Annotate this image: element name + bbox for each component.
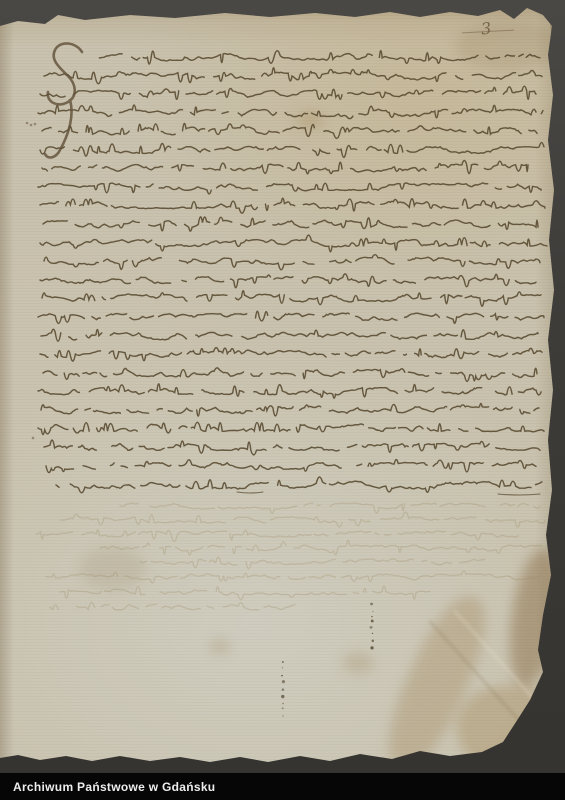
handwritten-text-line — [40, 198, 545, 213]
manuscript-scan: 3 Archiwum Państwowe w Gdańsku — [0, 0, 565, 800]
ink-dribble-dot — [282, 661, 284, 663]
margin-mark — [26, 122, 29, 125]
margin-mark — [30, 124, 33, 127]
margin-mark — [32, 437, 35, 440]
handwritten-text-line — [38, 105, 543, 119]
ink-dribble-dot — [371, 620, 374, 623]
ghost-text-line — [140, 557, 485, 569]
handwritten-text-line — [41, 329, 538, 341]
handwritten-text-line — [56, 477, 548, 493]
ink-dribble-dot — [282, 703, 283, 704]
dateline-underline — [498, 494, 540, 495]
dateline-underline — [237, 492, 263, 493]
archive-watermark-label: Archiwum Państwowe w Gdańsku — [0, 780, 215, 794]
ink-dribble-dot — [282, 688, 285, 691]
ink-dribble-dot — [281, 675, 283, 677]
handwritten-text-line — [40, 143, 544, 158]
ink-dribble-dot — [372, 633, 373, 634]
handwritten-text-line — [46, 460, 536, 473]
handwriting-layer — [0, 0, 565, 800]
ink-dribble-dot — [370, 603, 373, 606]
ghost-text-line — [50, 603, 302, 611]
handwritten-text-line — [44, 440, 540, 455]
ghost-text-line — [120, 503, 540, 513]
handwritten-text-line — [40, 348, 542, 361]
ink-dribble-dot — [282, 680, 285, 683]
handwritten-text-line — [43, 217, 538, 231]
handwritten-text-line — [42, 161, 528, 174]
ink-dribble-dot — [282, 667, 283, 668]
folio-number: 3 — [480, 18, 492, 38]
margin-mark — [34, 123, 37, 126]
manuscript-page: 3 — [0, 0, 565, 800]
handwritten-text-line — [41, 404, 539, 417]
ink-dribble-dot — [372, 639, 375, 642]
handwritten-text-line — [44, 255, 540, 270]
handwritten-text-line — [40, 235, 547, 252]
archive-watermark-bar: Archiwum Państwowe w Gdańsku — [0, 773, 565, 800]
ink-dribble-dot — [282, 707, 284, 709]
ink-dribble-dot — [282, 715, 283, 716]
ink-dribble-dot — [371, 616, 372, 617]
handwritten-text-line — [38, 384, 549, 398]
handwritten-text-line — [40, 274, 536, 288]
ghost-text-line — [100, 540, 542, 555]
ghost-text-line — [46, 571, 540, 583]
edge-pen-mark — [550, 24, 561, 38]
ghost-text-line — [60, 512, 545, 527]
initial-letter — [45, 43, 82, 157]
handwritten-text-line — [40, 86, 536, 99]
handwritten-text-line — [44, 68, 542, 84]
handwritten-text-line — [43, 368, 537, 382]
ink-dribble-dot — [370, 626, 373, 629]
handwritten-text-line — [38, 422, 544, 434]
ink-dribble-dot — [372, 611, 373, 612]
handwritten-text-line — [99, 51, 540, 64]
handwritten-text-line — [42, 291, 541, 306]
handwritten-text-line — [38, 183, 541, 194]
handwritten-text-line — [42, 124, 547, 139]
ink-dribble-dot — [370, 646, 373, 649]
ghost-text-line — [36, 530, 525, 542]
ghost-text-line — [60, 586, 430, 600]
ink-dribble-dot — [281, 695, 284, 698]
handwritten-text-line — [38, 311, 544, 323]
